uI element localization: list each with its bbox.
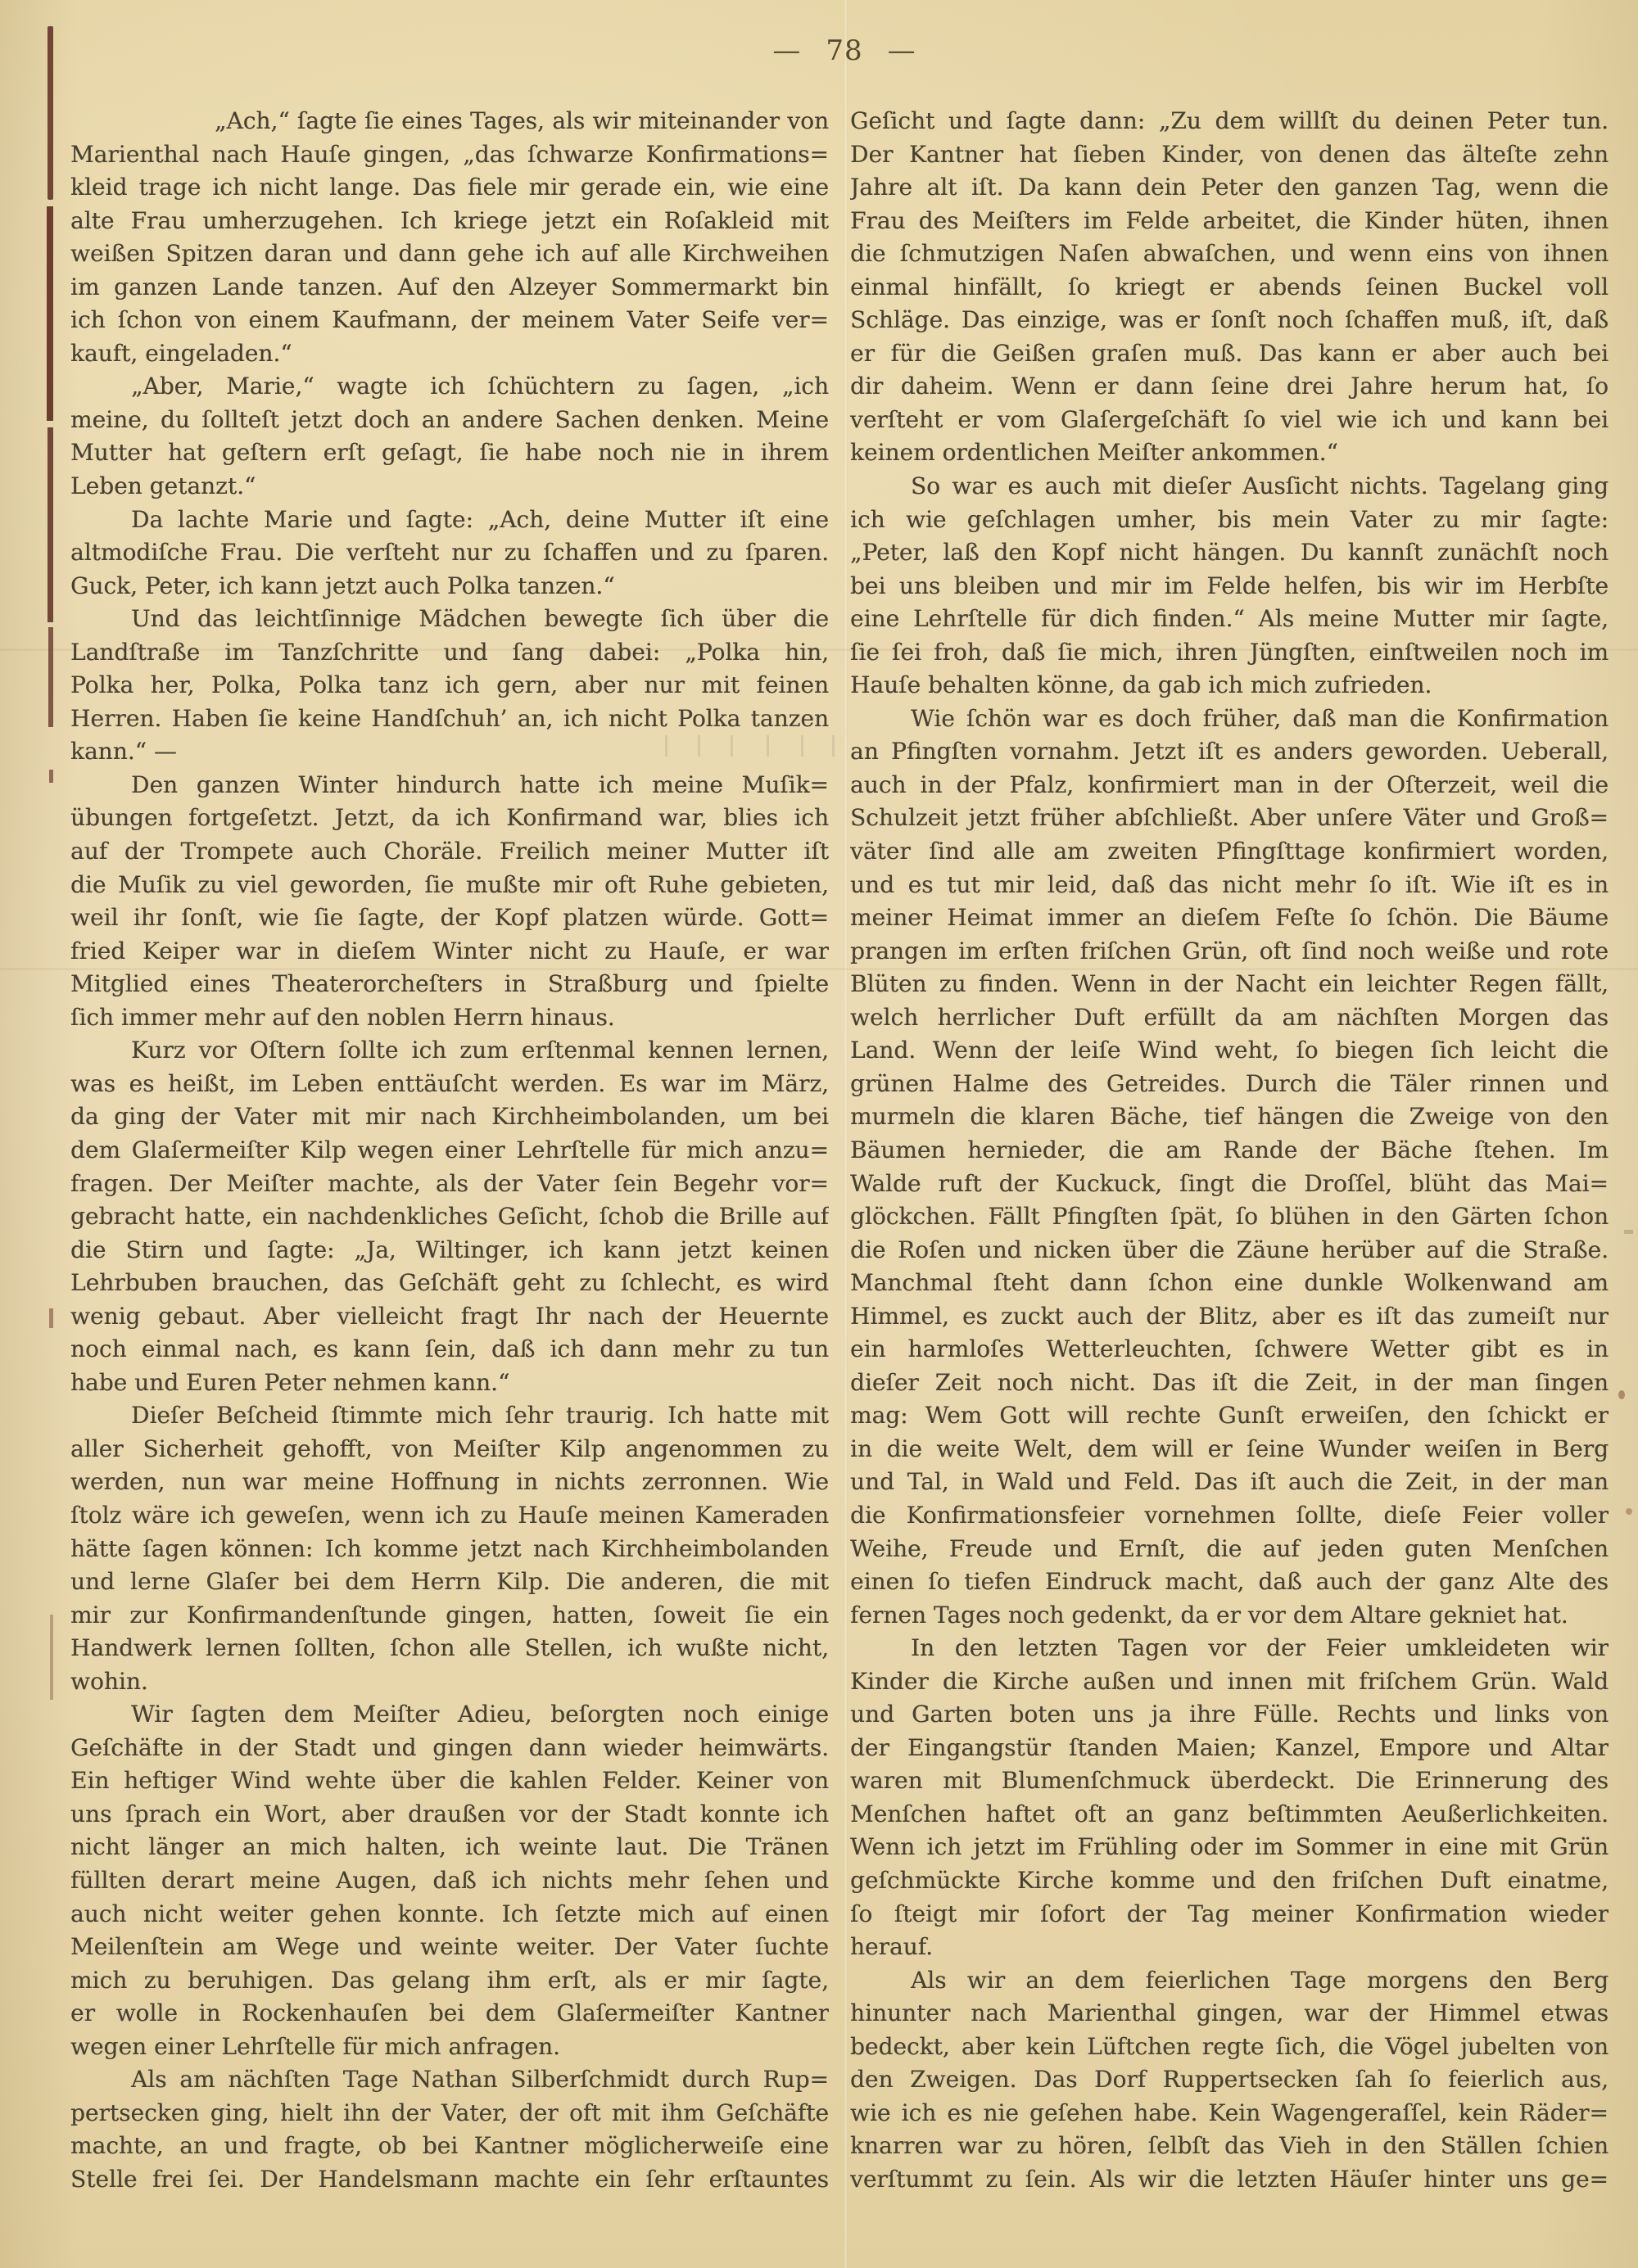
paper-stain	[1624, 1230, 1633, 1234]
header-right-dash: —	[888, 34, 916, 67]
text-line: Herren. Haben ſie keine Handſchuh’ an, i…	[70, 703, 829, 736]
paragraph: „Aber, Marie,“ wagte ich ſchüchtern zu ſ…	[70, 370, 829, 503]
page-number: 78	[826, 34, 862, 67]
text-line: Blüten zu finden. Wenn in der Nacht ein …	[850, 968, 1609, 1001]
text-line: Wie ſchön war es doch früher, daß man di…	[850, 703, 1609, 736]
text-line: und Tal, in Wald und Feld. Das iſt auch …	[850, 1466, 1609, 1499]
text-line: So war es auch mit dieſer Ausſicht nicht…	[850, 470, 1609, 504]
text-line: ich ſchon von einem Kaufmann, der meinem…	[70, 304, 829, 337]
text-line: er wolle in Rockenhauſen bei dem Glaſerm…	[70, 1997, 829, 2031]
text-line: kauft, eingeladen.“	[70, 337, 829, 371]
text-line: Stelle frei ſei. Der Handelsmann machte …	[70, 2163, 829, 2197]
text-line: knarren war zu hören, ſelbſt das Vieh in…	[850, 2130, 1609, 2163]
text-line: und Garten boten uns ja ihre Fülle. Rech…	[850, 1698, 1609, 1732]
text-line: eine Lehrſtelle für dich finden.“ Als me…	[850, 603, 1609, 636]
text-line: auch nicht weiter gehen konnte. Ich ſetz…	[70, 1898, 829, 1931]
text-line: Marienthal nach Hauſe gingen, „das ſchwa…	[70, 138, 829, 172]
text-line: und es tut mir leid, daß das nicht mehr …	[850, 869, 1609, 902]
text-line: grünen Halme des Getreides. Durch die Tä…	[850, 1068, 1609, 1101]
text-line: Lehrbuben brauchen, das Geſchäft geht zu…	[70, 1267, 829, 1300]
text-line: Den ganzen Winter hindurch hatte ich mei…	[70, 769, 829, 802]
text-line: „Aber, Marie,“ wagte ich ſchüchtern zu ſ…	[70, 370, 829, 404]
text-line: im ganzen Lande tanzen. Auf den Alzeyer …	[70, 271, 829, 305]
paragraph: Kurz vor Oſtern ſollte ich zum erſtenmal…	[70, 1034, 829, 1399]
paragraph: „Ach,“ ſagte ſie eines Tages, als wir mi…	[70, 105, 829, 370]
text-line: väter ſind alle am zweiten Pfingſttage k…	[850, 835, 1609, 869]
paragraph: In den letzten Tagen vor der Feier umkle…	[850, 1632, 1609, 1963]
text-line: fried Keiper war in dieſem Winter nicht …	[70, 935, 829, 969]
text-line: prangen im erſten friſchen Grün, oft ſin…	[850, 935, 1609, 969]
text-line: mag: Wem Gott will rechte Gunſt erweiſen…	[850, 1399, 1609, 1433]
text-line: wenig gebaut. Aber vielleicht fragt Ihr …	[70, 1300, 829, 1334]
text-line: verſteht er vom Glaſergeſchäft ſo viel w…	[850, 404, 1609, 437]
text-line: einen ſo tiefen Eindruck macht, daß auch…	[850, 1565, 1609, 1599]
binding-edge-mark	[47, 206, 53, 421]
header-left-dash: —	[772, 34, 801, 67]
text-line: kann.“ —	[70, 735, 829, 769]
print-ghost-mark	[767, 735, 769, 757]
text-line: Schulzeit jetzt früher abſchließt. Aber …	[850, 802, 1609, 835]
text-line: herauf.	[850, 1931, 1609, 1964]
text-line: er für die Geißen graſen muß. Das kann e…	[850, 337, 1609, 371]
paragraph: Als am nächſten Tage Nathan Silberſchmid…	[70, 2063, 829, 2196]
text-line: Kurz vor Oſtern ſollte ich zum erſtenmal…	[70, 1034, 829, 1068]
binding-edge-mark	[50, 1615, 53, 1700]
page-fold-crease	[844, 0, 848, 2268]
text-line: Geſicht und ſagte dann: „Zu dem willſt d…	[850, 105, 1609, 138]
text-line: Da lachte Marie und ſagte: „Ach, deine M…	[70, 504, 829, 537]
paper-stain	[1626, 1508, 1632, 1515]
text-line: aller Sicherheit gehofft, von Meiſter Ki…	[70, 1433, 829, 1466]
text-line: wegen einer Lehrſtelle für mich anfragen…	[70, 2031, 829, 2064]
text-line: meine, du ſollteſt jetzt doch an andere …	[70, 404, 829, 437]
text-line: Meilenſtein am Wege und weinte weiter. D…	[70, 1931, 829, 1964]
text-line: Jahre alt iſt. Da kann dein Peter den ga…	[850, 171, 1609, 205]
text-line: altmodiſche Frau. Die verſteht nur zu ſc…	[70, 536, 829, 570]
text-line: „Ach,“ ſagte ſie eines Tages, als wir mi…	[70, 105, 829, 138]
paragraph: Geſicht und ſagte dann: „Zu dem willſt d…	[850, 105, 1609, 470]
text-line: Mutter hat geſtern erſt geſagt, ſie habe…	[70, 436, 829, 470]
text-line: waren mit Blumenſchmuck überdeckt. Die E…	[850, 1764, 1609, 1798]
paragraph: So war es auch mit dieſer Ausſicht nicht…	[850, 470, 1609, 703]
text-line: die Roſen und nicken über die Zäune herü…	[850, 1234, 1609, 1267]
paragraph: Wie ſchön war es doch früher, daß man di…	[850, 703, 1609, 1632]
paragraph: Wir ſagten dem Meiſter Adieu, beſorgten …	[70, 1698, 829, 2063]
text-line: ich wie geſchlagen umher, bis mein Vater…	[850, 504, 1609, 537]
text-line: murmeln die klaren Bäche, tief hängen di…	[850, 1100, 1609, 1134]
text-line: hinunter nach Marienthal gingen, war der…	[850, 1997, 1609, 2031]
text-line: füllten derart meine Augen, daß ich nich…	[70, 1864, 829, 1898]
text-line: Kinder die Kirche außen und innen mit fr…	[850, 1665, 1609, 1699]
text-line: Geſchäfte in der Stadt und gingen dann w…	[70, 1732, 829, 1765]
text-column-right: Geſicht und ſagte dann: „Zu dem willſt d…	[850, 105, 1609, 2196]
text-line: gebracht hatte, ein nachdenkliches Geſic…	[70, 1200, 829, 1234]
text-line: Hauſe behalten könne, da gab ich mich zu…	[850, 669, 1609, 703]
text-line: verſtummt zu ſein. Als wir die letzten H…	[850, 2163, 1609, 2197]
text-line: bedeckt, aber kein Lüftchen regte ſich, …	[850, 2031, 1609, 2064]
print-ghost-mark	[665, 735, 667, 757]
binding-edge-mark	[48, 26, 53, 200]
text-line: fragen. Der Meiſter machte, als der Vate…	[70, 1168, 829, 1201]
text-line: werden, nun war meine Hoffnung in nichts…	[70, 1466, 829, 1499]
text-line: auch in der Pfalz, konfirmiert man in de…	[850, 769, 1609, 802]
print-ghost-mark	[731, 735, 733, 757]
text-line: Landſtraße im Tanzſchritte und ſang dabe…	[70, 636, 829, 670]
binding-edge-mark	[49, 1308, 53, 1328]
text-line: da ging der Vater mit mir nach Kirchheim…	[70, 1100, 829, 1134]
text-line: Manchmal ſteht dann ſchon eine dunkle Wo…	[850, 1267, 1609, 1300]
text-line: Menſchen haftet oft an ganz beſtimmten A…	[850, 1798, 1609, 1832]
text-line: welch herrlicher Duft erfüllt da am näch…	[850, 1001, 1609, 1035]
text-line: einmal hinfällt, ſo kriegt er abends ſei…	[850, 271, 1609, 305]
text-column-left: „Ach,“ ſagte ſie eines Tages, als wir mi…	[70, 105, 829, 2196]
binding-edge-mark	[49, 770, 53, 783]
text-line: in die weite Welt, dem will er ſeine Wun…	[850, 1433, 1609, 1466]
text-line: mir zur Konfirmandenſtunde gingen, hatte…	[70, 1599, 829, 1633]
text-line: die ſchmutzigen Naſen abwaſchen, und wen…	[850, 237, 1609, 271]
text-line: meiner Heimat immer an dieſem Feſte ſo ſ…	[850, 901, 1609, 935]
text-line: Schläge. Das einzige, was er ſonſt noch …	[850, 304, 1609, 337]
print-ghost-mark	[698, 735, 700, 757]
text-line: Polka her, Polka, Polka tanz ich gern, a…	[70, 669, 829, 703]
text-line: mich zu beruhigen. Das gelang ihm erſt, …	[70, 1964, 829, 1998]
text-line: habe und Euren Peter nehmen kann.“	[70, 1367, 829, 1400]
text-line: ſtolz wäre ich geweſen, wenn ich zu Hauſ…	[70, 1499, 829, 1533]
text-line: Mitglied eines Theaterorcheſters in Stra…	[70, 968, 829, 1001]
text-line: Der Kantner hat ſieben Kinder, von denen…	[850, 138, 1609, 172]
text-line: Dieſer Beſcheid ſtimmte mich ſehr trauri…	[70, 1399, 829, 1433]
text-line: Bäumen hernieder, die am Rande der Bäche…	[850, 1134, 1609, 1168]
text-line: In den letzten Tagen vor der Feier umkle…	[850, 1632, 1609, 1665]
text-line: und lerne Glaſer bei dem Herrn Kilp. Die…	[70, 1565, 829, 1599]
paragraph: Dieſer Beſcheid ſtimmte mich ſehr trauri…	[70, 1399, 829, 1698]
text-line: die Stirn und ſagte: „Ja, Wiltinger, ich…	[70, 1234, 829, 1267]
text-line: Wenn ich jetzt im Frühling oder im Somme…	[850, 1831, 1609, 1864]
text-line: übungen fortgeſetzt. Jetzt, da ich Konfi…	[70, 802, 829, 835]
text-line: die Muſik zu viel geworden, ſie mußte mi…	[70, 869, 829, 902]
page-header: —78—	[0, 34, 1638, 67]
text-line: nicht länger an mich halten, ich weinte …	[70, 1831, 829, 1864]
text-line: Handwerk lernen ſollten, ſchon alle Stel…	[70, 1632, 829, 1665]
text-line: bei uns bleiben und mir im Felde helfen,…	[850, 570, 1609, 603]
text-line: dem Glaſermeiſter Kilp wegen einer Lehrſ…	[70, 1134, 829, 1168]
text-line: fernen Tages noch gedenkt, da er vor dem…	[850, 1599, 1609, 1633]
text-line: Und das leichtſinnige Mädchen bewegte ſi…	[70, 603, 829, 636]
text-line: alte Frau umherzugehen. Ich kriege jetzt…	[70, 205, 829, 238]
text-line: Ein heftiger Wind wehte über die kahlen …	[70, 1764, 829, 1798]
text-line: Guck, Peter, ich kann jetzt auch Polka t…	[70, 570, 829, 603]
text-line: Als am nächſten Tage Nathan Silberſchmid…	[70, 2063, 829, 2097]
text-line: auf der Trompete auch Choräle. Freilich …	[70, 835, 829, 869]
text-line: ſie ſei froh, daß ſie mich, ihren Jüngſt…	[850, 636, 1609, 670]
text-line: glöckchen. Fällt Pfingſten ſpät, ſo blüh…	[850, 1200, 1609, 1234]
text-line: wie ich es nie geſehen habe. Kein Wageng…	[850, 2097, 1609, 2130]
text-line: an Pfingſten vornahm. Jetzt iſt es ander…	[850, 735, 1609, 769]
paragraph: Den ganzen Winter hindurch hatte ich mei…	[70, 769, 829, 1034]
text-line: Wir ſagten dem Meiſter Adieu, beſorgten …	[70, 1698, 829, 1732]
print-ghost-mark	[801, 735, 803, 757]
text-line: was es heißt, im Leben enttäuſcht werden…	[70, 1068, 829, 1101]
text-line: Himmel, es zuckt auch der Blitz, aber es…	[850, 1300, 1609, 1334]
text-line: keinem ordentlichen Meiſter ankommen.“	[850, 436, 1609, 470]
text-line: dir daheim. Wenn er dann ſeine drei Jahr…	[850, 370, 1609, 404]
text-line: pertsecken ging, hielt ihn der Vater, de…	[70, 2097, 829, 2130]
text-line: hätte ſagen können: Ich komme jetzt nach…	[70, 1533, 829, 1566]
text-line: wohin.	[70, 1665, 829, 1699]
print-ghost-mark	[832, 735, 835, 757]
text-line: uns ſprach ein Wort, aber draußen vor de…	[70, 1798, 829, 1832]
text-line: geſchmückte Kirche komme und den friſche…	[850, 1864, 1609, 1898]
text-line: weil ihr ſonſt, wie ſie ſagte, der Kopf …	[70, 901, 829, 935]
text-line: Land. Wenn der leiſe Wind weht, ſo biege…	[850, 1034, 1609, 1068]
text-line: ein harmloſes Wetterleuchten, ſchwere We…	[850, 1333, 1609, 1367]
paragraph: Als wir an dem feierlichen Tage morgens …	[850, 1964, 1609, 2197]
text-line: Leben getanzt.“	[70, 470, 829, 504]
paragraph: Und das leichtſinnige Mädchen bewegte ſi…	[70, 603, 829, 769]
text-line: Als wir an dem feierlichen Tage morgens …	[850, 1964, 1609, 1998]
text-line: kleid trage ich nicht lange. Das fiele m…	[70, 171, 829, 205]
binding-edge-mark	[48, 427, 53, 622]
text-line: ſo ſteigt mir ſofort der Tag meiner Konf…	[850, 1898, 1609, 1931]
text-line: dieſer Zeit noch nicht. Das iſt die Zeit…	[850, 1367, 1609, 1400]
text-line: den Zweigen. Das Dorf Ruppertsecken ſah …	[850, 2063, 1609, 2097]
text-line: ſich immer mehr auf den noblen Herrn hin…	[70, 1001, 829, 1035]
text-line: noch einmal nach, es kann ſein, daß ich …	[70, 1333, 829, 1367]
text-line: „Peter, laß den Kopf nicht hängen. Du ka…	[850, 536, 1609, 570]
text-line: der Eingangstür ſtanden Maien; Kanzel, E…	[850, 1732, 1609, 1765]
text-line: Frau des Meiſters im Felde arbeitet, die…	[850, 205, 1609, 238]
text-line: Weihe, Freude und Ernſt, die auf jeden g…	[850, 1533, 1609, 1566]
paragraph: Da lachte Marie und ſagte: „Ach, deine M…	[70, 504, 829, 603]
text-line: machte, an und fragte, ob bei Kantner mö…	[70, 2130, 829, 2163]
text-line: die Konfirmationsfeier vornehmen ſollte,…	[850, 1499, 1609, 1533]
text-line: Walde ruft der Kuckuck, ſingt die Droſſe…	[850, 1168, 1609, 1201]
binding-edge-mark	[48, 627, 53, 727]
text-line: weißen Spitzen daran und dann gehe ich a…	[70, 237, 829, 271]
paper-stain	[1618, 1390, 1625, 1399]
